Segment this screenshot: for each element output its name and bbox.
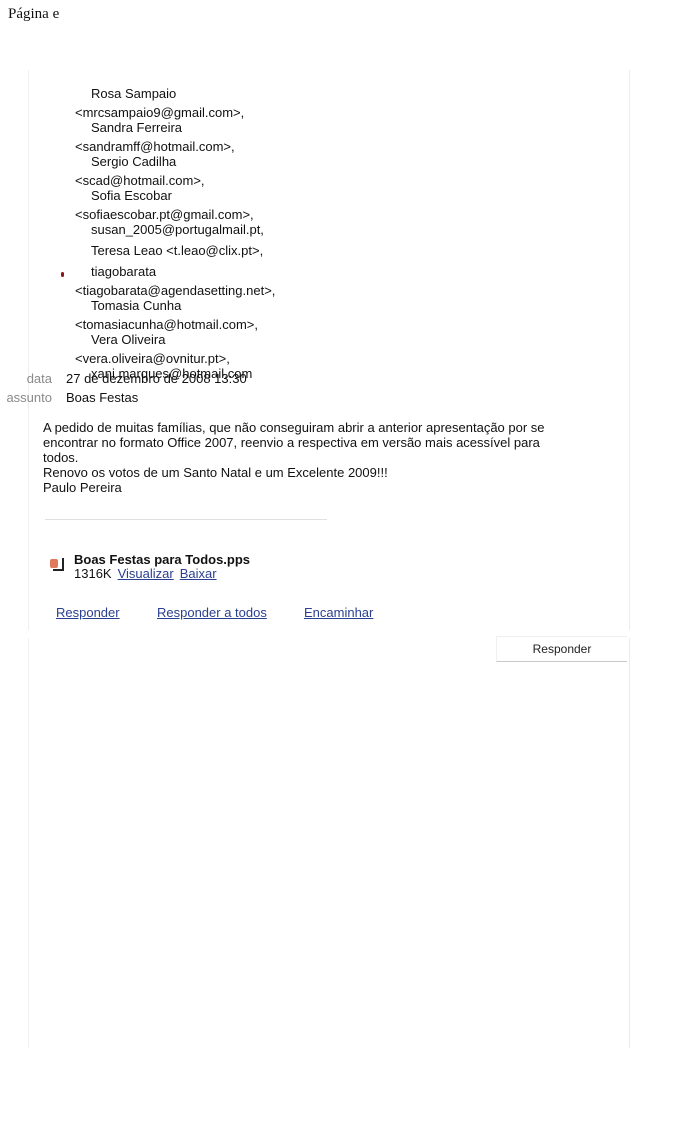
recipient-name: Sandra Ferreira — [75, 120, 275, 135]
download-attachment-link[interactable]: Baixar — [180, 566, 217, 581]
attachment-name: Boas Festas para Todos.pps — [74, 553, 250, 567]
body-line: encontrar no formato Office 2007, reenvi… — [43, 435, 603, 450]
subject-value: Boas Festas — [66, 390, 138, 405]
recipient-email: <vera.oliveira@ovnitur.pt>, — [75, 351, 275, 366]
body-line: A pedido de muitas famílias, que não con… — [43, 420, 603, 435]
attachment-meta: 1316KVisualizarBaixar — [74, 567, 217, 581]
body-line: todos. — [43, 450, 603, 465]
recipients-list: Rosa Sampaio<mrcsampaio9@gmail.com>,Sand… — [75, 86, 275, 381]
recipient-name: susan_2005@portugalmail.pt, — [75, 222, 275, 237]
recipient-email: <sandramff@hotmail.com>, — [75, 139, 275, 154]
reply-all-link[interactable]: Responder a todos — [157, 605, 267, 620]
recipient-email: <scad@hotmail.com>, — [75, 173, 275, 188]
attachment-size: 1316K — [74, 566, 112, 581]
recipient-name: Sergio Cadilha — [75, 154, 275, 169]
recipient-name: Teresa Leao <t.leao@clix.pt>, — [75, 243, 275, 258]
recipient-name: tiagobarata — [75, 264, 275, 279]
attachment-divider — [45, 519, 327, 520]
view-attachment-link[interactable]: Visualizar — [118, 566, 174, 581]
recipient-name: Rosa Sampaio — [75, 86, 275, 101]
recipient-name: Tomasia Cunha — [75, 298, 275, 313]
recipient-email: <sofiaescobar.pt@gmail.com>, — [75, 207, 275, 222]
reply-button[interactable]: Responder — [496, 636, 627, 662]
subject-label: assunto — [0, 390, 66, 405]
recipient-email: <mrcsampaio9@gmail.com>, — [75, 105, 275, 120]
recipient-email: <tiagobarata@agendasetting.net>, — [75, 283, 275, 298]
subject-row: assunto Boas Festas — [0, 388, 247, 407]
marker-dot — [61, 272, 64, 277]
reply-area-frame — [28, 638, 630, 1048]
body-line: Paulo Pereira — [43, 480, 603, 495]
date-label: data — [0, 371, 66, 386]
date-value: 27 de dezembro de 2008 13:30 — [66, 371, 247, 386]
message-meta: data 27 de dezembro de 2008 13:30 assunt… — [0, 369, 247, 407]
recipient-name: Sofia Escobar — [75, 188, 275, 203]
recipient-name: Vera Oliveira — [75, 332, 275, 347]
body-line: Renovo os votos de um Santo Natal e um E… — [43, 465, 603, 480]
recipient-email: <tomasiacunha@hotmail.com>, — [75, 317, 275, 332]
date-row: data 27 de dezembro de 2008 13:30 — [0, 369, 247, 388]
powerpoint-file-icon — [50, 557, 64, 571]
reply-link[interactable]: Responder — [56, 605, 120, 620]
forward-link[interactable]: Encaminhar — [304, 605, 373, 620]
page-header: Página e — [8, 6, 59, 23]
message-body: A pedido de muitas famílias, que não con… — [43, 420, 603, 495]
